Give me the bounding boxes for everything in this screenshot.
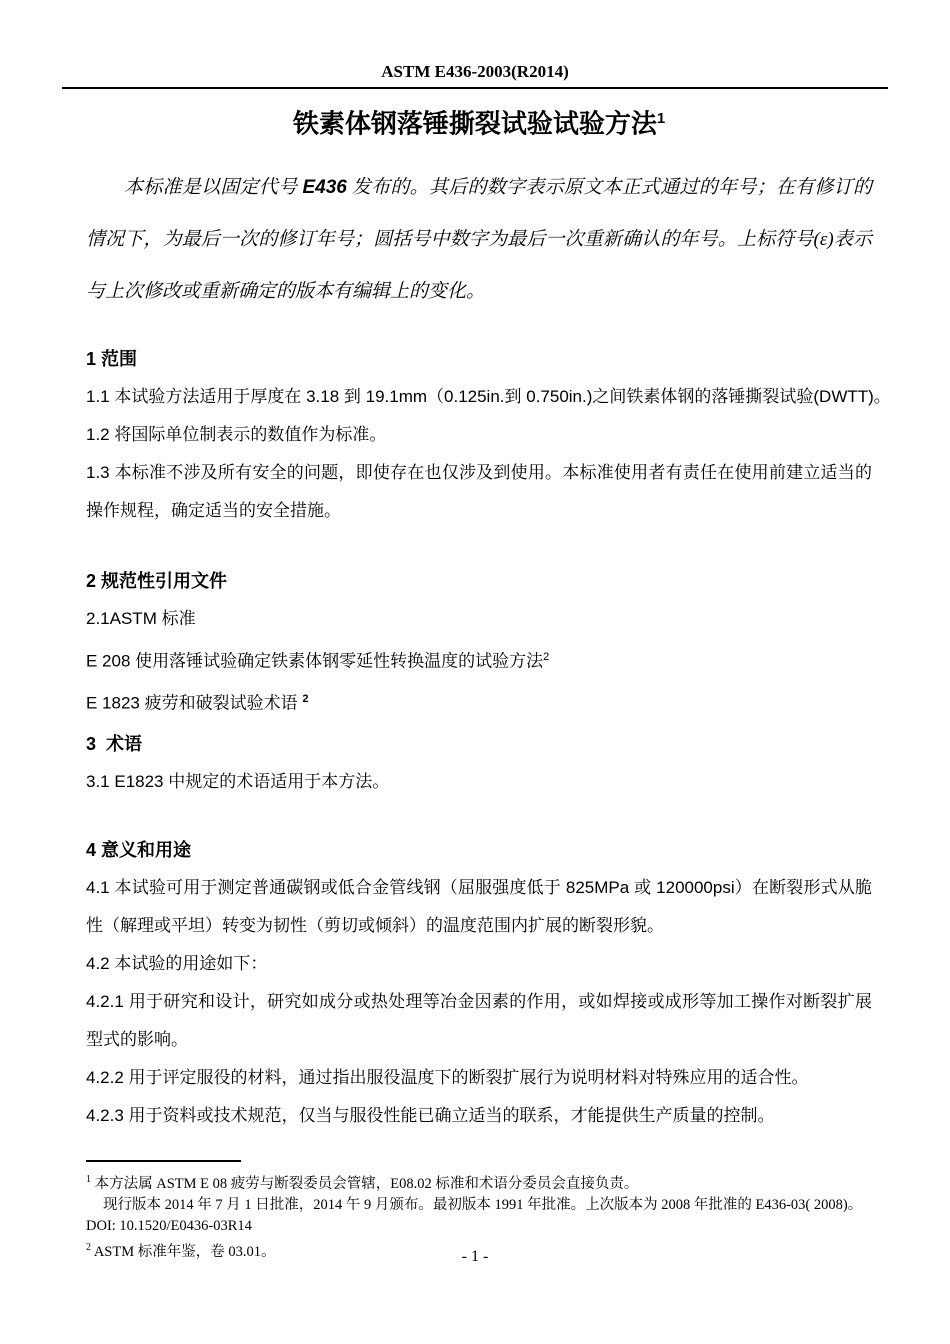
reference-e1823-text: E 1823 疲劳和破裂试验术语 [86, 694, 302, 713]
document-body: 铁素体钢落锤撕裂试验试验方法1 本标准是以固定代号 E436 发布的。其后的数字… [86, 101, 872, 1135]
reference-e208: E 208 使用落锤试验确定铁素体钢零延性转换温度的试验方法2 [86, 638, 872, 681]
paragraph-1-2: 1.2 将国际单位制表示的数值作为标准。 [86, 416, 872, 454]
reference-e1823: E 1823 疲劳和破裂试验术语 2 [86, 680, 872, 723]
paragraph-4-1: 4.1 本试验可用于测定普通碳钢或低合金管线钢（屈服强度低于 825MPa 或 … [86, 869, 872, 945]
paragraph-4-2-2: 4.2.2 用于评定服役的材料，通过指出服役温度下的断裂扩展行为说明材料对特殊应… [86, 1059, 872, 1097]
footnote-ref-2a: 2 [543, 651, 549, 663]
document-page: ASTM E436-2003(R2014) 铁素体钢落锤撕裂试验试验方法1 本标… [0, 0, 950, 1344]
paragraph-3-1: 3.1 E1823 中规定的术语适用于本方法。 [86, 763, 872, 801]
document-title-text: 铁素体钢落锤撕裂试验试验方法 [293, 109, 657, 139]
footnote-1-doi: DOI: 10.1520/E0436-03R14 [86, 1216, 886, 1237]
footnote-1-line-2: 现行版本 2014 年 7 月 1 日批准，2014 午 9 月颁布。最初版本 … [86, 1195, 886, 1216]
reference-e208-text: E 208 使用落锤试验确定铁素体钢零延性转换温度的试验方法 [86, 651, 543, 670]
page-number: - 1 - [0, 1248, 950, 1266]
footnote-1-line-1: 1 本方法属 ASTM E 08 疲劳与断裂委员会管辖，E08.02 标准和术语… [86, 1169, 886, 1195]
section-1-scope-heading: 1 范围 [86, 340, 872, 378]
page-header: ASTM E436-2003(R2014) [62, 62, 888, 89]
paragraph-1-3: 1.3 本标准不涉及所有安全的问题，即使存在也仅涉及到使用。本标准使用者有责任在… [86, 454, 872, 530]
paragraph-4-2-1: 4.2.1 用于研究和设计，研究如成分或热处理等冶金因素的作用，或如焊接或成形等… [86, 983, 872, 1059]
paragraph-1-1: 1.1 本试验方法适用于厚度在 3.18 到 19.1mm（0.125in.到 … [86, 378, 872, 416]
paragraph-2-1: 2.1ASTM 标准 [86, 600, 872, 638]
standard-code: ASTM E436-2003(R2014) [62, 62, 888, 82]
section-3-terminology-heading: 3 术语 [86, 725, 872, 763]
preamble-designation-code: E436 [302, 177, 346, 198]
footnote-1-text-1: 本方法属 ASTM E 08 疲劳与断裂委员会管辖，E08.02 标准和术语分委… [91, 1176, 638, 1192]
footnote-ref-2b: 2 [302, 693, 308, 705]
title-footnote-ref: 1 [657, 110, 665, 127]
section-4-significance-heading: 4 意义和用途 [86, 831, 872, 869]
footnote-separator-rule [86, 1160, 241, 1162]
document-title: 铁素体钢落锤撕裂试验试验方法1 [86, 101, 872, 142]
paragraph-4-2-3: 4.2.3 用于资料或技术规范，仅当与服役性能已确立适当的联系，才能提供生产质量… [86, 1097, 872, 1135]
preamble-paragraph: 本标准是以固定代号 E436 发布的。其后的数字表示原文本正式通过的年号；在有修… [86, 162, 872, 318]
preamble-part1: 本标准是以固定代号 [124, 177, 302, 198]
paragraph-4-2: 4.2 本试验的用途如下： [86, 945, 872, 983]
section-2-references-heading: 2 规范性引用文件 [86, 562, 872, 600]
